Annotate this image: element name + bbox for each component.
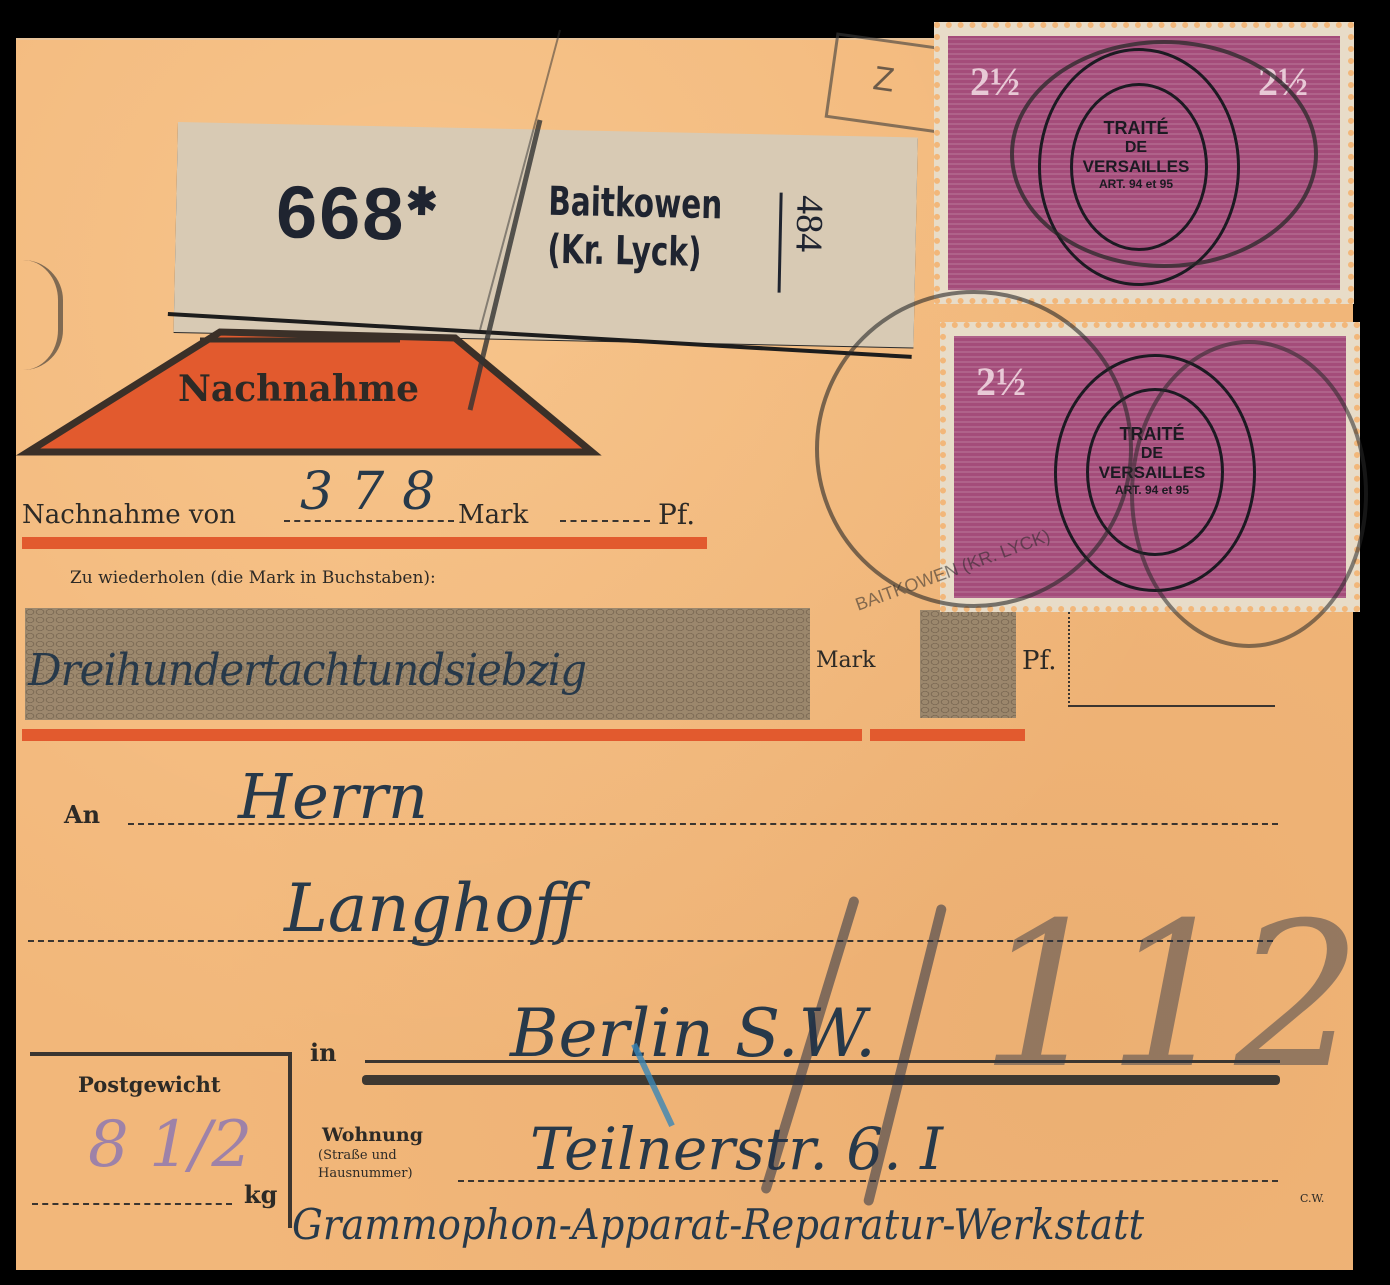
weight-line bbox=[32, 1203, 232, 1205]
box-postmark: Z bbox=[825, 32, 952, 133]
pf-guilloche-field bbox=[920, 610, 1016, 718]
red-rule-1 bbox=[22, 537, 707, 549]
weight-label: Postgewicht bbox=[78, 1072, 221, 1097]
recipient-salutation: Herrn bbox=[238, 760, 428, 833]
wohnung-label: Wohnung bbox=[322, 1124, 423, 1146]
cod-amount-value: 378 bbox=[300, 462, 453, 522]
postmark-cancel-bottom bbox=[1130, 340, 1368, 648]
wohnung-sublabel-1: (Straße und bbox=[318, 1148, 397, 1163]
stamp-top-denomination-left: 2½ bbox=[970, 58, 1020, 105]
pencil-number-112: 112 bbox=[980, 880, 1362, 1113]
words-mark-label: Mark bbox=[816, 648, 876, 673]
words-pf-label: Pf. bbox=[1022, 646, 1056, 676]
cod-pf-label: Pf. bbox=[658, 498, 695, 531]
recipient-name: Langhoff bbox=[284, 870, 581, 947]
amount-in-words: Dreihundertachtundsiebzig bbox=[28, 645, 586, 696]
weight-unit: kg bbox=[244, 1180, 277, 1209]
repeat-in-words-label: Zu wiederholen (die Mark in Buchstaben): bbox=[70, 568, 436, 588]
cod-banner-title: Nachnahme bbox=[178, 368, 419, 410]
printer-mark: C.W. bbox=[1300, 1192, 1324, 1205]
weight-value: 8 1/2 bbox=[88, 1108, 252, 1182]
red-rule-3 bbox=[870, 729, 1025, 741]
postmark-cancel-top bbox=[1010, 40, 1318, 268]
wohnung-sublabel-2: Hausnummer) bbox=[318, 1166, 413, 1181]
cod-mark-label: Mark bbox=[458, 500, 528, 530]
cod-amount-label: Nachnahme von bbox=[22, 500, 236, 530]
an-label: An bbox=[64, 800, 100, 829]
in-label: in bbox=[310, 1038, 337, 1067]
cod-pf-line bbox=[560, 520, 650, 522]
recipient-business-note: Grammophon-Apparat-Reparatur-Werkstatt bbox=[292, 1200, 1144, 1249]
red-rule-2 bbox=[22, 729, 862, 741]
